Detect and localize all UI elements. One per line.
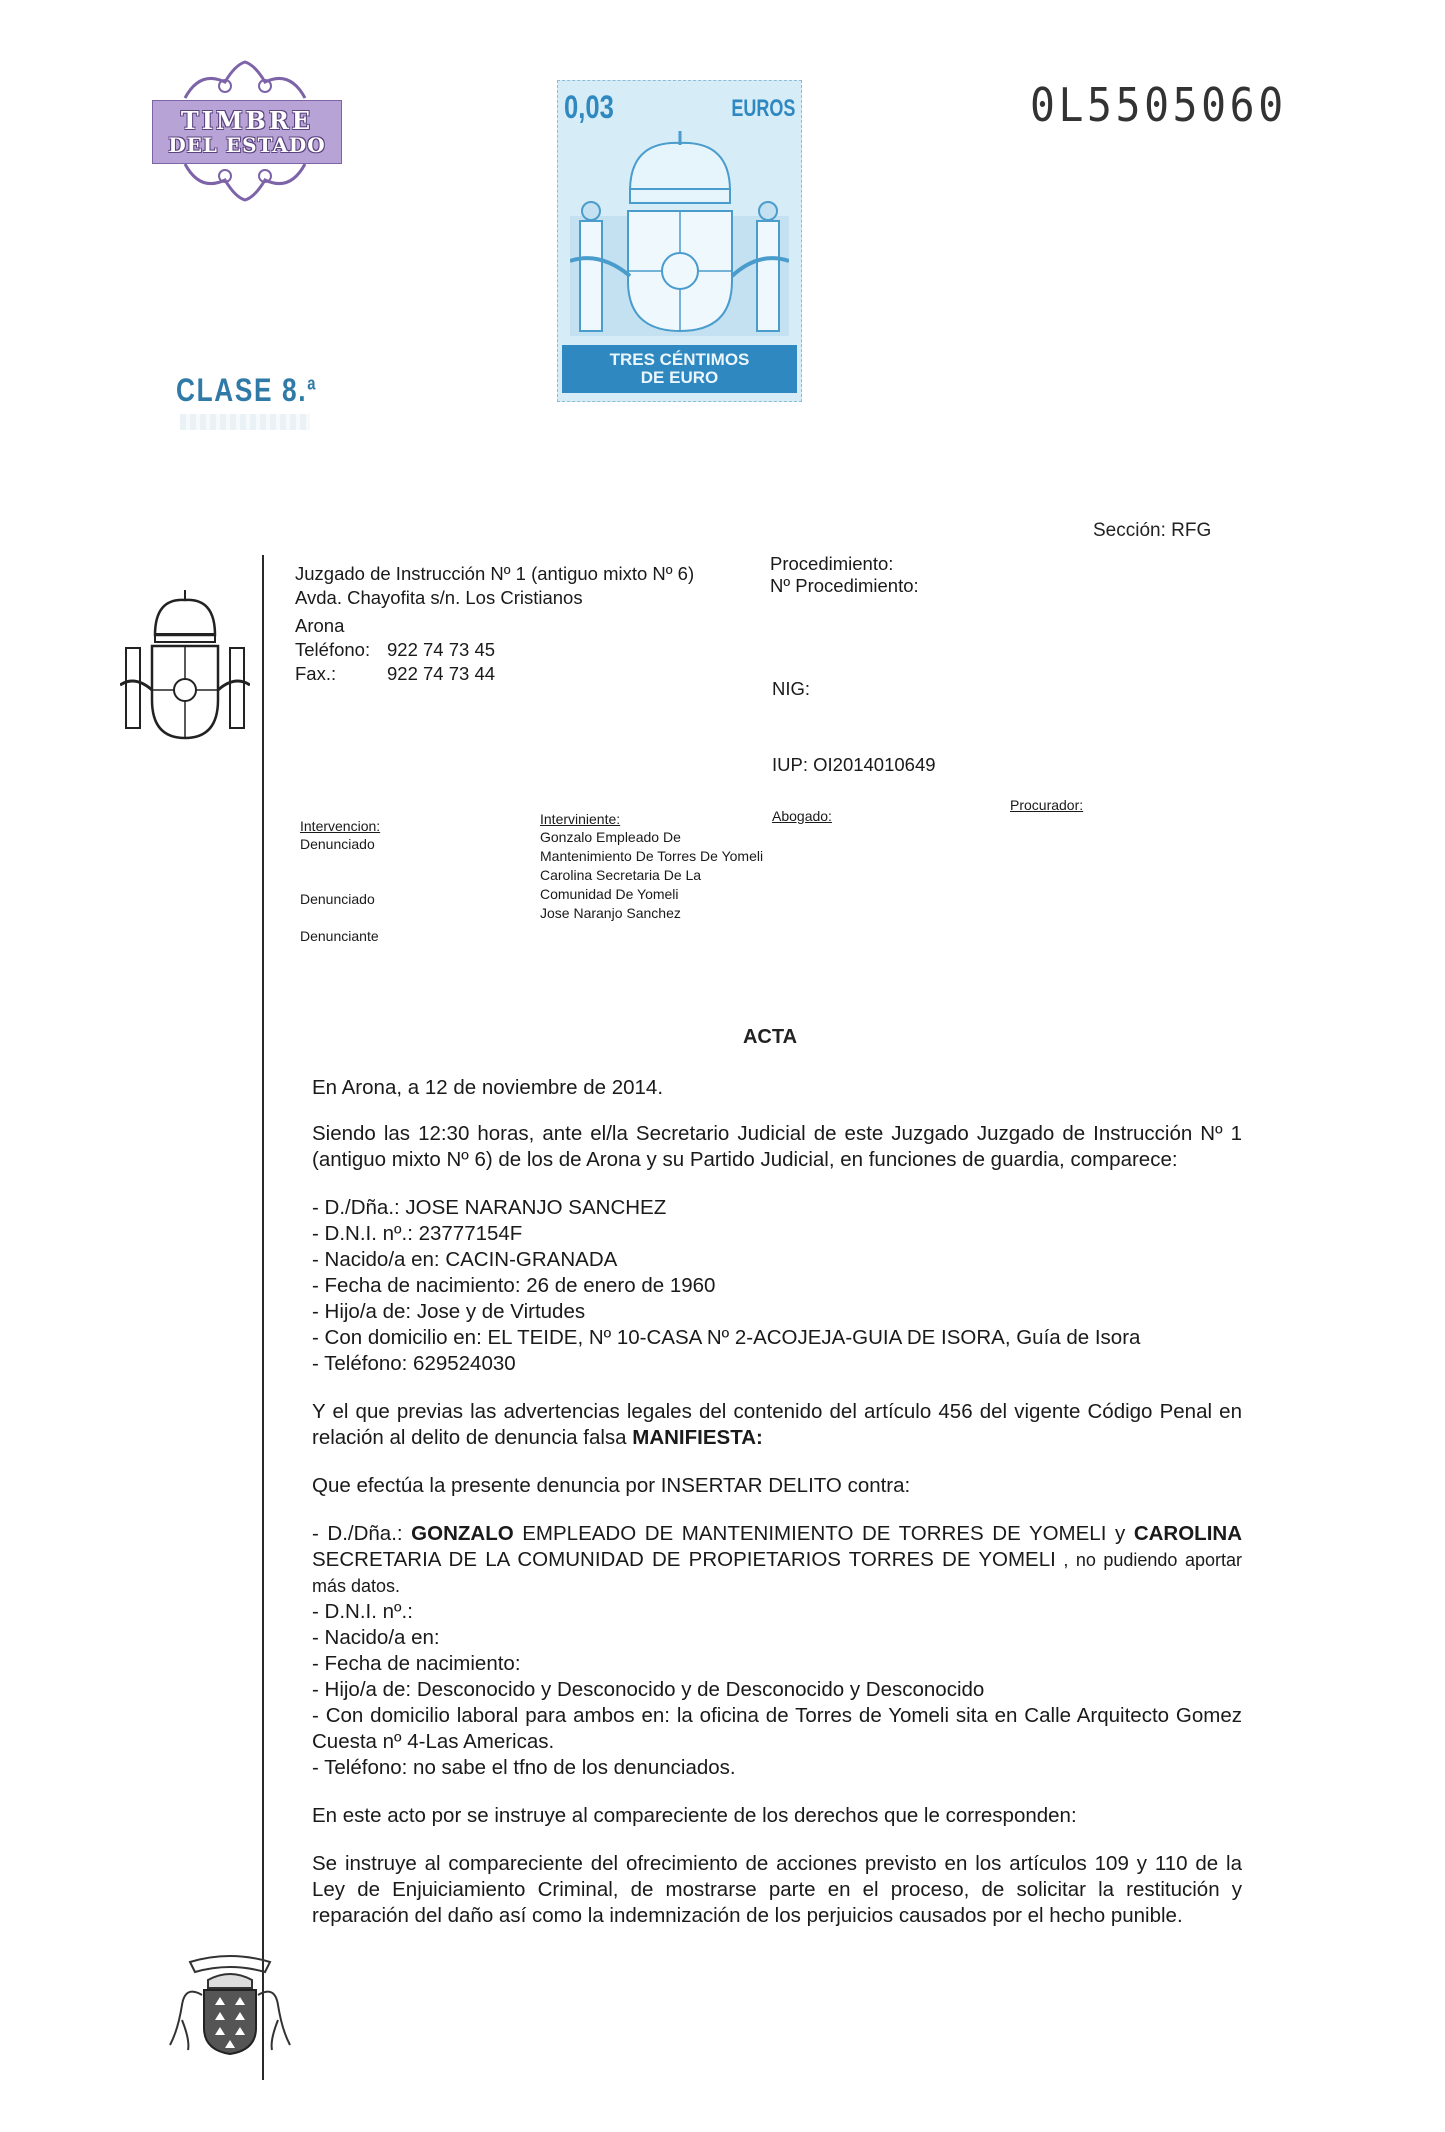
procurador-label: Procurador: (1010, 797, 1083, 813)
ofrecimiento-paragraph: Se instruye al compareciente del ofrecim… (312, 1851, 1242, 1929)
court-address: Avda. Chayofita s/n. Los Cristianos (295, 586, 694, 610)
clase-label: CLASE 8.a (176, 372, 317, 409)
iup-value: IUP: OI2014010649 (772, 754, 936, 776)
clase-sup: a (307, 373, 317, 393)
advertencias-paragraph: Y el que previas las advertencias legale… (312, 1399, 1242, 1451)
document-title: ACTA (0, 1026, 1445, 1049)
court-header: Juzgado de Instrucción Nº 1 (antiguo mix… (295, 562, 694, 686)
list-item: - Con domicilio laboral para ambos en: l… (312, 1703, 1242, 1755)
list-item: - Nacido/a en: (312, 1625, 1242, 1651)
procedimiento-label: Procedimiento: (770, 553, 919, 575)
procedimiento-block: Procedimiento: Nº Procedimiento: (770, 553, 919, 597)
party-role: Denunciante (300, 928, 379, 944)
stamp-band-line1: TRES CÉNTIMOS (610, 351, 750, 369)
ornament-icon (180, 162, 310, 202)
timbre-del-estado-stamp: TIMBRE DEL ESTADO (140, 58, 340, 208)
fax-value: 922 74 73 44 (387, 662, 495, 686)
fax-label: Fax.: (295, 662, 387, 686)
denunciado-desc-1: EMPLEADO DE MANTENIMIENTO DE TORRES DE Y… (514, 1522, 1134, 1545)
list-item: - Con domicilio en: EL TEIDE, Nº 10-CASA… (312, 1325, 1242, 1351)
derechos-line: En este acto por se instruye al comparec… (312, 1803, 1242, 1829)
party-name: Carolina Secretaria De La Comunidad De Y… (540, 866, 740, 904)
list-item: - D.N.I. nº.: (312, 1599, 1242, 1625)
timbre-band: TIMBRE DEL ESTADO (152, 100, 342, 164)
denuncia-line: Que efectúa la presente denuncia por INS… (312, 1473, 1242, 1499)
list-item: - Hijo/a de: Jose y de Virtudes (312, 1299, 1242, 1325)
advertencias-text: Y el que previas las advertencias legale… (312, 1400, 1242, 1449)
list-item: - Teléfono: 629524030 (312, 1351, 1242, 1377)
denunciado-name-1: GONZALO (411, 1522, 514, 1545)
manifiesta-label: MANIFIESTA: (632, 1426, 763, 1449)
coat-of-arms-icon (570, 131, 789, 336)
interviniente-header: Interviniente: (540, 811, 620, 827)
court-name: Juzgado de Instrucción Nº 1 (antiguo mix… (295, 562, 694, 586)
denunciados-paragraph: - D./Dña.: GONZALO EMPLEADO DE MANTENIMI… (312, 1521, 1242, 1599)
nig-label: NIG: (772, 678, 810, 700)
list-item: - D.N.I. nº.: 23777154F (312, 1221, 1242, 1247)
phone-value: 922 74 73 45 (387, 638, 495, 662)
court-phone-row: Teléfono: 922 74 73 45 (295, 638, 694, 662)
spain-coat-of-arms-icon (120, 590, 250, 740)
list-item: - Fecha de nacimiento: (312, 1651, 1242, 1677)
num-procedimiento-label: Nº Procedimiento: (770, 575, 919, 597)
date-line: En Arona, a 12 de noviembre de 2014. (312, 1075, 1242, 1101)
party-role: Denunciado (300, 836, 375, 852)
denunciados-prefix: - D./Dña.: (312, 1522, 411, 1545)
abogado-label: Abogado: (772, 808, 832, 824)
list-item: - Hijo/a de: Desconocido y Desconocido y… (312, 1677, 1242, 1703)
serial-number: 0L5505060 (1030, 78, 1287, 132)
timbre-line2: DEL ESTADO (168, 135, 325, 155)
intervencion-header: Intervencion: (300, 818, 380, 834)
seccion-label: Sección: RFG (1093, 520, 1211, 542)
fiscal-stamp: 0,03 EUROS TRES CÉNTIMOS DE EURO (557, 80, 802, 402)
acta-body: En Arona, a 12 de noviembre de 2014. Sie… (312, 1075, 1242, 1929)
interviniente-list: Gonzalo Empleado De Mantenimiento De Tor… (540, 828, 770, 923)
list-item: - Fecha de nacimiento: 26 de enero de 19… (312, 1273, 1242, 1299)
list-item: - D./Dña.: JOSE NARANJO SANCHEZ (312, 1195, 1242, 1221)
court-fax-row: Fax.: 922 74 73 44 (295, 662, 694, 686)
clase-text: CLASE 8. (176, 372, 307, 408)
margin-rule (262, 555, 264, 2080)
denunciado-name-2: CAROLINA (1134, 1522, 1242, 1545)
timbre-line1: TIMBRE (181, 109, 313, 133)
intro-paragraph: Siendo las 12:30 horas, ante el/la Secre… (312, 1121, 1242, 1173)
party-name: Gonzalo Empleado De Mantenimiento De Tor… (540, 828, 770, 866)
phone-label: Teléfono: (295, 638, 387, 662)
stamp-band-line2: DE EURO (641, 369, 718, 387)
party-name: Jose Naranjo Sanchez (540, 904, 770, 923)
ornament-icon (180, 60, 310, 100)
list-item: - Teléfono: no sabe el tfno de los denun… (312, 1755, 1242, 1781)
denunciados-fields: - D.N.I. nº.: - Nacido/a en: - Fecha de … (312, 1599, 1242, 1781)
canarias-coat-of-arms-icon (160, 1950, 300, 2060)
stamp-value: 0,03 (564, 89, 614, 126)
party-role: Denunciado (300, 891, 375, 907)
faded-watermark (180, 414, 310, 430)
stamp-currency: EUROS (731, 95, 795, 123)
list-item: - Nacido/a en: CACIN-GRANADA (312, 1247, 1242, 1273)
compareciente-list: - D./Dña.: JOSE NARANJO SANCHEZ - D.N.I.… (312, 1195, 1242, 1377)
denunciado-desc-2: SECRETARIA DE LA COMUNIDAD DE PROPIETARI… (312, 1548, 1056, 1571)
stamp-band: TRES CÉNTIMOS DE EURO (562, 345, 797, 393)
court-city: Arona (295, 614, 694, 638)
